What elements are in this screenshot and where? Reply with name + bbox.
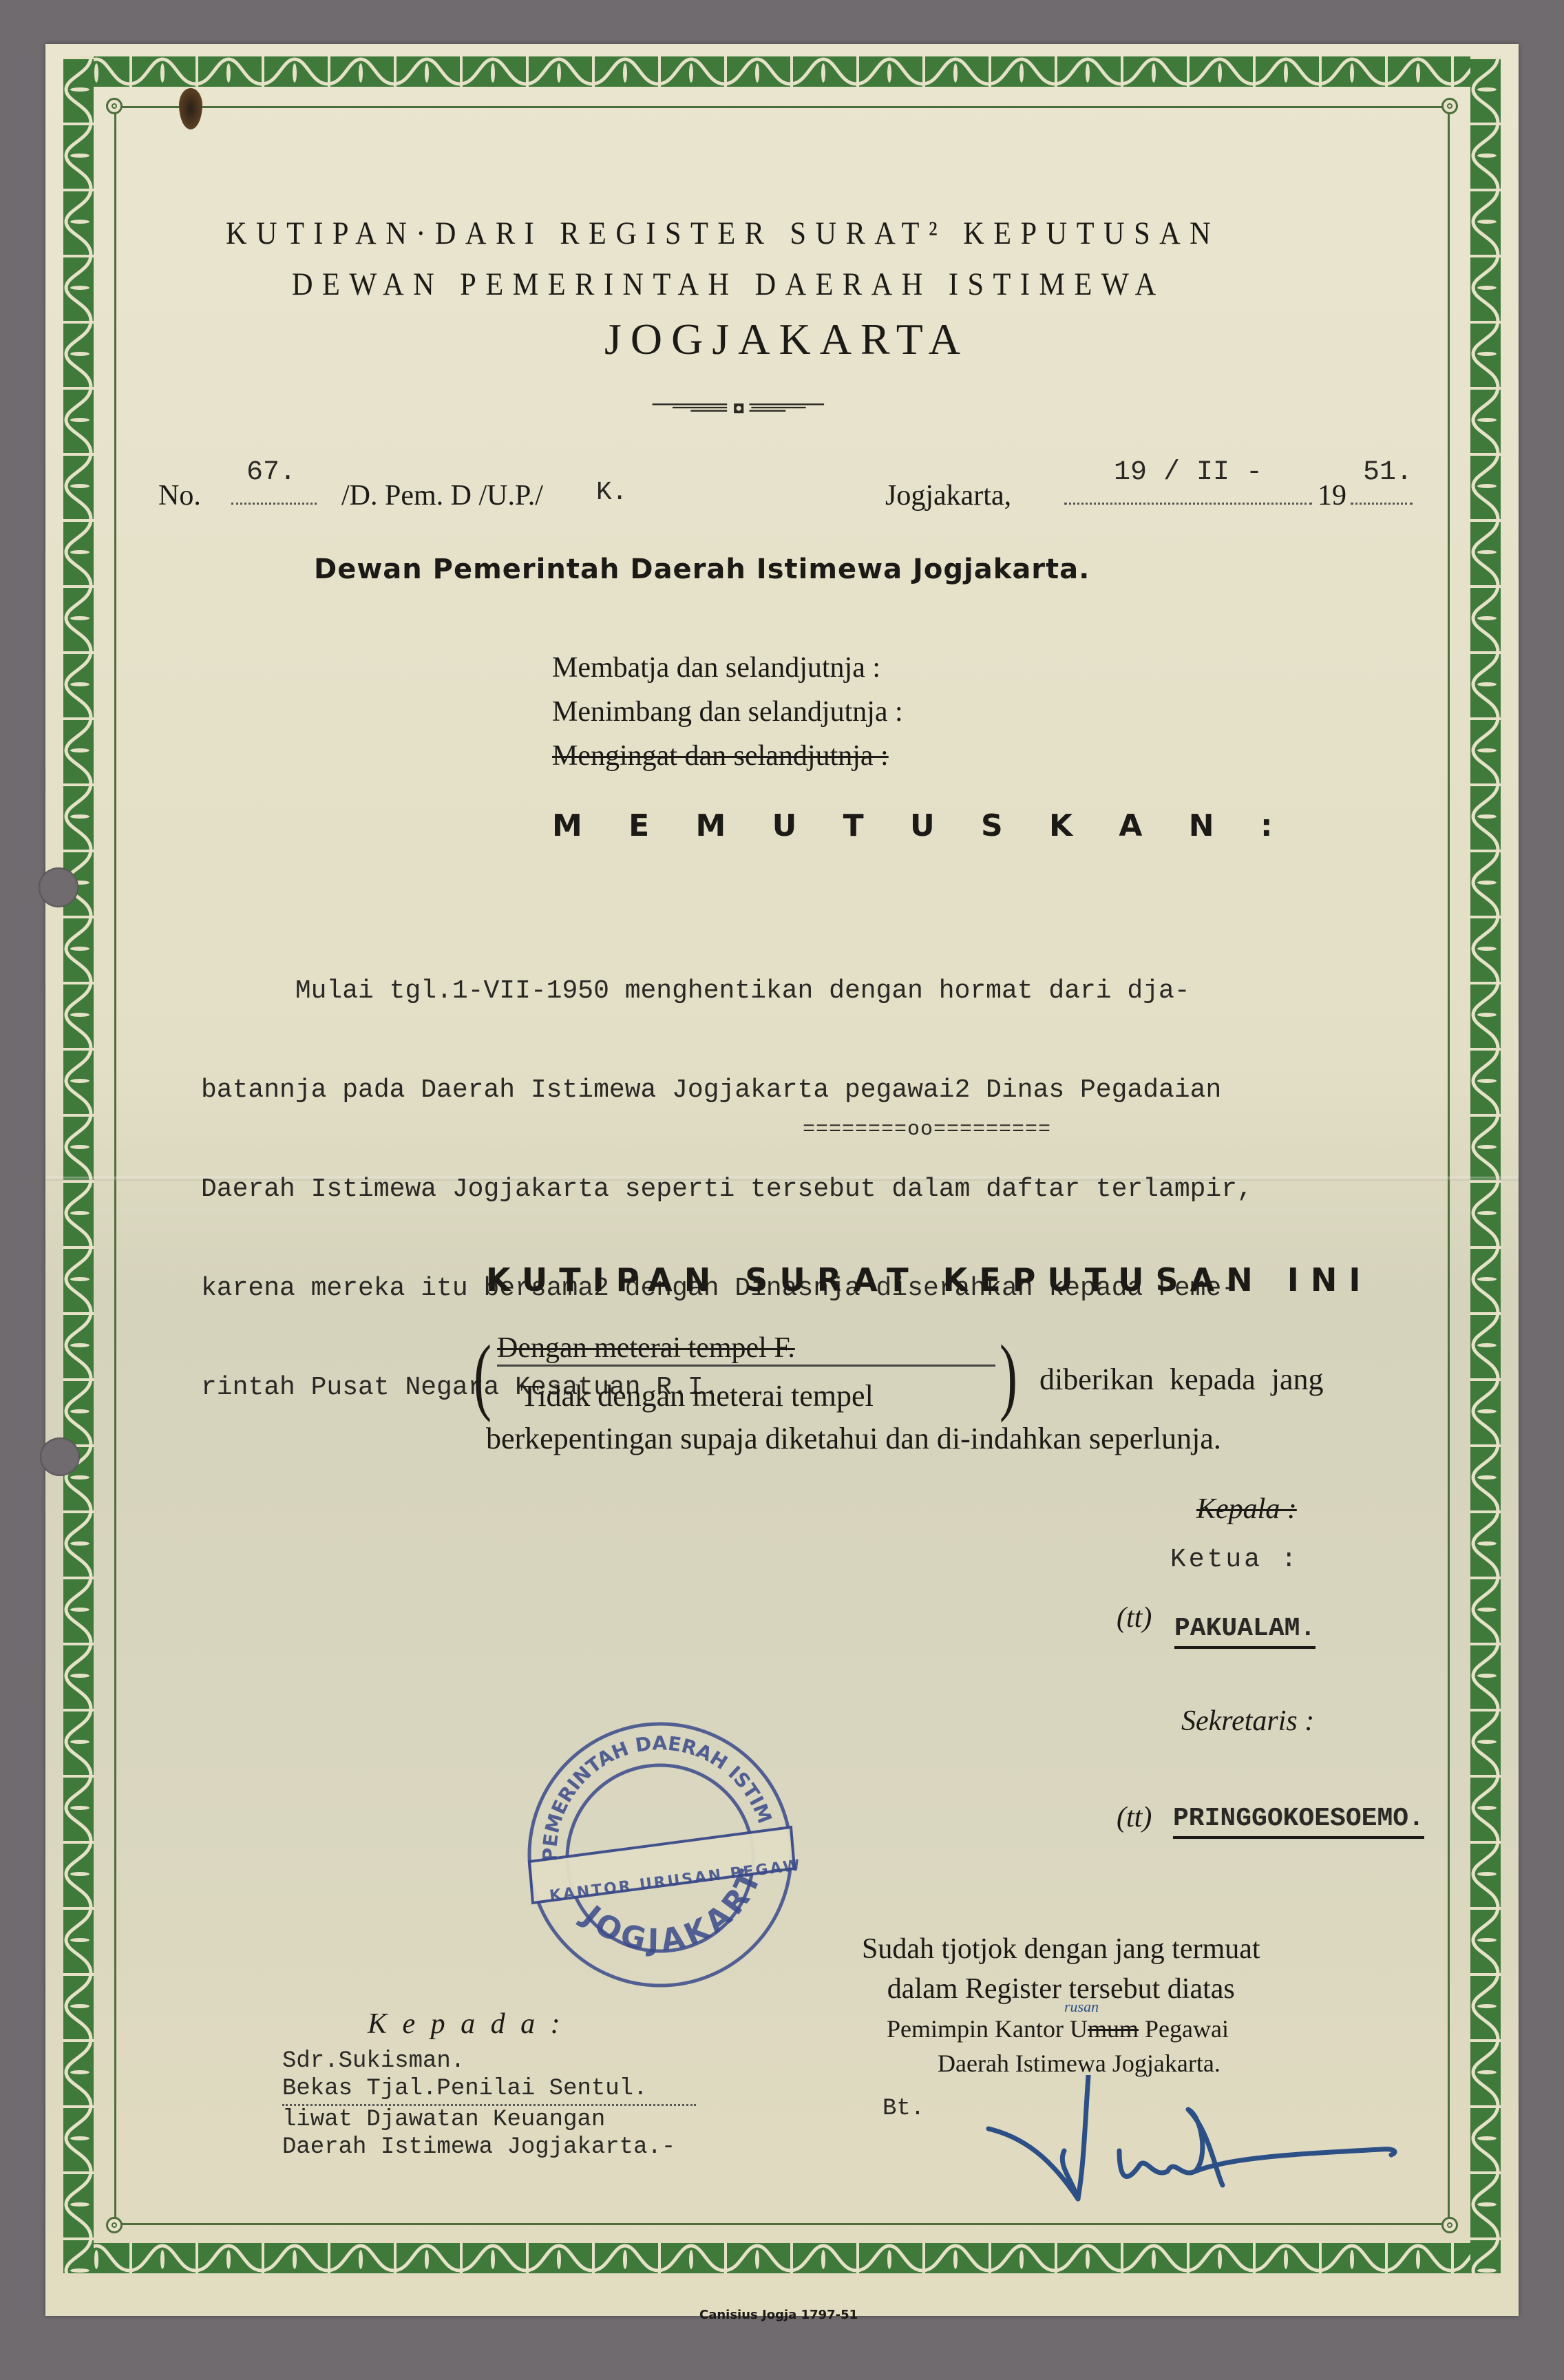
tt-mark: (tt)	[1117, 1801, 1152, 1834]
document-page: KUTIPAN·DARI REGISTER SURAT² KEPUTUSAN D…	[45, 44, 1519, 2316]
corner-spiral-icon	[1441, 98, 1458, 114]
considerations-list: Membatja dan selandjutnja : Menimbang da…	[552, 646, 903, 778]
ref-code: /D. Pem. D /U.P./	[341, 479, 543, 512]
top-border-ornament	[63, 56, 1501, 87]
ketua-label: Ketua :	[1170, 1545, 1300, 1575]
consideration-item-struck: Mengingat dan selandjutnja :	[552, 734, 903, 778]
bracket-open: (	[474, 1326, 492, 1425]
certification-line: Sudah tjotjok dengan jang termuat	[862, 1929, 1260, 1969]
stamp-duty-option-struck: Dengan meterai tempel F.	[497, 1332, 795, 1364]
recipient-line: Daerah Istimewa Jogjakarta.-	[282, 2134, 675, 2161]
certification-block: Sudah tjotjok dengan jang termuat dalam …	[862, 1929, 1260, 2009]
issuer-title: Dewan Pemerintah Daerah Istimewa Jogjaka…	[314, 554, 1090, 585]
stamp-duty-option-selected: Tidak dengan meterai tempel	[520, 1378, 874, 1413]
certification-line: dalam Register tersebut diatas	[862, 1969, 1260, 2009]
office-text: Pegawai	[1139, 2015, 1229, 2043]
decision-line: Daerah Istimewa Jogjakarta seperti terse…	[201, 1173, 1253, 1206]
recipient-line: Bekas Tjal.Penilai Sentul.	[282, 2075, 696, 2106]
stamp-duty-continuation: berkepentingan supaja diketahui dan di-i…	[486, 1421, 1221, 1456]
decision-line: Mulai tgl.1-VII-1950 menghentikan dengan…	[201, 975, 1253, 1008]
right-border-ornament	[1470, 56, 1501, 2273]
year-prefix: 19	[1318, 479, 1346, 512]
corner-spiral-icon	[1441, 2217, 1458, 2233]
left-border-ornament	[63, 56, 94, 2273]
date-field: 19 / II -	[1064, 457, 1312, 505]
official-stamp: PEMERINTAH DAERAH ISTIMEWA KANTOR URUSAN…	[519, 1714, 801, 1996]
header-line-2: DEWAN PEMERINTAH DAERAH ISTIMEWA	[292, 266, 1165, 303]
excerpt-heading: KUTIPAN SURAT KEPUTUSAN INI	[486, 1261, 1372, 1298]
decision-line: batannja pada Daerah Istimewa Jogjakarta…	[201, 1074, 1253, 1107]
tt-mark: (tt)	[1117, 1601, 1152, 1634]
signed-abbrev: Bt.	[883, 2096, 924, 2122]
bottom-border-ornament	[63, 2243, 1501, 2273]
corner-spiral-icon	[106, 2217, 123, 2233]
recipient-label: K e p a d a :	[368, 2008, 564, 2041]
consideration-item: Menimbang dan selandjutnja :	[552, 690, 903, 734]
bracket-close: )	[1000, 1326, 1017, 1425]
handwritten-correction: rusan	[1064, 1998, 1099, 2016]
ref-no-field: 67.	[231, 457, 317, 505]
ref-code-suffix: K.	[596, 478, 628, 507]
ref-no-value: 67.	[246, 457, 296, 488]
certifying-office-line-2: Daerah Istimewa Jogjakarta.	[938, 2049, 1220, 2078]
place-label: Jogjakarta,	[885, 479, 1011, 512]
consideration-item: Membatja dan selandjutnja :	[552, 646, 903, 690]
office-struck-text: mum	[1088, 2015, 1139, 2043]
ref-no-label: No.	[158, 479, 201, 512]
recipient-line: liwat Djawatan Keuangan	[282, 2106, 675, 2134]
header-line-3: JOGJAKARTA	[604, 314, 969, 365]
recipient-line: Sdr.Sukisman.	[282, 2047, 675, 2075]
recipient-address: Sdr.Sukisman. Bekas Tjal.Penilai Sentul.…	[282, 2047, 675, 2161]
corner-spiral-icon	[106, 98, 123, 114]
date-value: 19 / II -	[1114, 457, 1262, 488]
printer-mark: Canisius Jogja 1797-51	[699, 2308, 858, 2322]
punch-hole	[40, 1438, 80, 1476]
header-divider-ornament	[640, 398, 826, 417]
stamp-duty-option-struck-row: Dengan meterai tempel F.	[497, 1331, 995, 1367]
office-text: Pemimpin Kantor U	[887, 2015, 1088, 2043]
decision-heading: M E M U T U S K A N :	[552, 808, 1291, 843]
section-separator: ========oo=========	[803, 1118, 1051, 1141]
certifying-office-line-1: Pemimpin Kantor Umum Pegawai	[887, 2014, 1229, 2043]
ketua-name: PAKUALAM.	[1174, 1614, 1315, 1649]
year-value: 51.	[1363, 457, 1413, 488]
sekretaris-label: Sekretaris :	[1181, 1705, 1314, 1738]
header-line-1: KUTIPAN·DARI REGISTER SURAT² KEPUTUSAN	[226, 215, 1220, 252]
kepala-label-struck: Kepala :	[1196, 1493, 1297, 1526]
stamp-duty-after-bracket: diberikan kepada jang	[1039, 1362, 1324, 1397]
handwritten-signature	[982, 2075, 1408, 2213]
sekretaris-name: PRINGGOKOESOEMO.	[1173, 1804, 1424, 1839]
year-field: 51.	[1351, 457, 1413, 505]
punch-hole	[39, 867, 78, 907]
